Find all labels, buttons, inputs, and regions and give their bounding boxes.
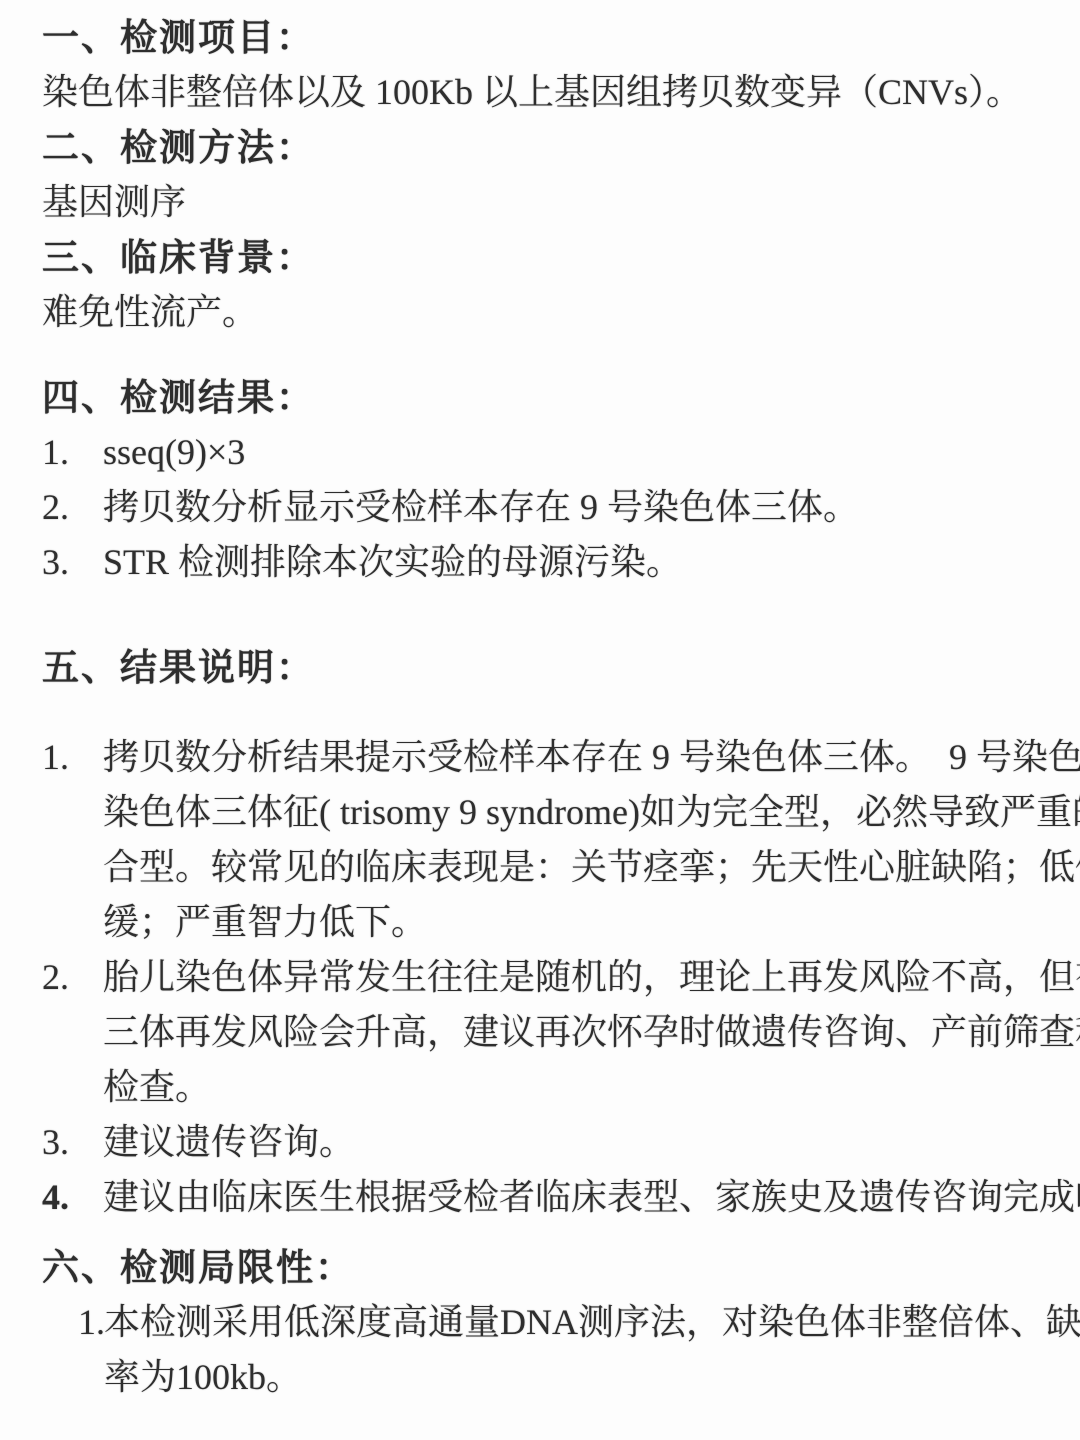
section: 五、结果说明：1.拷贝数分析结果提示受检样本存在 9 号染色体三体。 9 号染色…: [42, 640, 1080, 1225]
section: 二、检测方法：基因测序: [42, 120, 1080, 230]
list-item-line: 染色体三体征( trisomy 9 syndrome)如为完全型，必然导致严重的…: [103, 785, 1080, 840]
section: 一、检测项目：染色体非整倍体以及 100Kb 以上基因组拷贝数变异（CNVs）。: [42, 10, 1080, 120]
list-item: 2.拷贝数分析显示受检样本存在 9 号染色体三体。: [42, 480, 1080, 535]
list-item-line: sseq(9)×3: [103, 425, 1080, 480]
list-item-line: 率为100kb。: [104, 1350, 1080, 1405]
list-item: 2.胎儿染色体异常发生往往是随机的，理论上再发风险不高，但有的三体再发风险会升高…: [42, 950, 1080, 1115]
section-heading: 四、检测结果：: [42, 370, 1080, 425]
list-item-number: 1.: [42, 425, 100, 480]
list-item: 4.建议由临床医生根据受检者临床表型、家族史及遗传咨询完成临床: [42, 1170, 1080, 1225]
section: 三、临床背景：难免性流产。: [42, 230, 1080, 340]
list-item-line: 三体再发风险会升高，建议再次怀孕时做遗传咨询、产前筛查和产: [103, 1005, 1080, 1060]
list-item-number: 4.: [42, 1170, 100, 1225]
section: 四、检测结果：1.sseq(9)×32.拷贝数分析显示受检样本存在 9 号染色体…: [42, 370, 1080, 590]
paragraph-line: 难免性流产。: [42, 285, 1080, 340]
list-item: 3.STR 检测排除本次实验的母源污染。: [42, 535, 1080, 590]
list-item-number: 3.: [42, 535, 100, 590]
list-item: 1.sseq(9)×3: [42, 425, 1080, 480]
section-heading: 六、检测局限性：: [42, 1240, 1080, 1295]
list-item-line: 合型。较常见的临床表现是：关节痉挛；先天性心脏缺陷；低位耳: [103, 840, 1080, 895]
list-item-line: 建议遗传咨询。: [103, 1115, 1080, 1170]
list-item-number: 2.: [42, 950, 100, 1005]
list-item-line: 拷贝数分析显示受检样本存在 9 号染色体三体。: [103, 480, 1080, 535]
section-heading: 一、检测项目：: [42, 10, 1080, 65]
section-heading: 五、结果说明：: [42, 640, 1080, 695]
list-item-line: 拷贝数分析结果提示受检样本存在 9 号染色体三体。 9 号染色体三: [103, 730, 1080, 785]
list-item-line: STR 检测排除本次实验的母源污染。: [103, 535, 1080, 590]
paragraph-line: 染色体非整倍体以及 100Kb 以上基因组拷贝数变异（CNVs）。: [42, 65, 1080, 120]
list-item-number: 3.: [42, 1115, 100, 1170]
list-item-line: 胎儿染色体异常发生往往是随机的，理论上再发风险不高，但有的: [103, 950, 1080, 1005]
list-item-number: 1.: [78, 1295, 136, 1350]
list-item-line: 检查。: [103, 1060, 1080, 1115]
list-item: 1.拷贝数分析结果提示受检样本存在 9 号染色体三体。 9 号染色体三染色体三体…: [42, 730, 1080, 950]
list-item-line: 建议由临床医生根据受检者临床表型、家族史及遗传咨询完成临床: [103, 1170, 1080, 1225]
section-heading: 二、检测方法：: [42, 120, 1080, 175]
list-item-number: 1.: [42, 730, 100, 785]
paragraph-line: 基因测序: [42, 175, 1080, 230]
list-item-line: 本检测采用低深度高通量DNA测序法，对染色体非整倍体、缺失、: [104, 1295, 1080, 1350]
section-heading: 三、临床背景：: [42, 230, 1080, 285]
list-item-line: 缓；严重智力低下。: [103, 895, 1080, 950]
report-document: 一、检测项目：染色体非整倍体以及 100Kb 以上基因组拷贝数变异（CNVs）。…: [0, 0, 1080, 1405]
list-item: 1.本检测采用低深度高通量DNA测序法，对染色体非整倍体、缺失、率为100kb。: [42, 1295, 1080, 1405]
list-item-number: 2.: [42, 480, 100, 535]
list-item: 3.建议遗传咨询。: [42, 1115, 1080, 1170]
section: 六、检测局限性：1.本检测采用低深度高通量DNA测序法，对染色体非整倍体、缺失、…: [42, 1240, 1080, 1405]
